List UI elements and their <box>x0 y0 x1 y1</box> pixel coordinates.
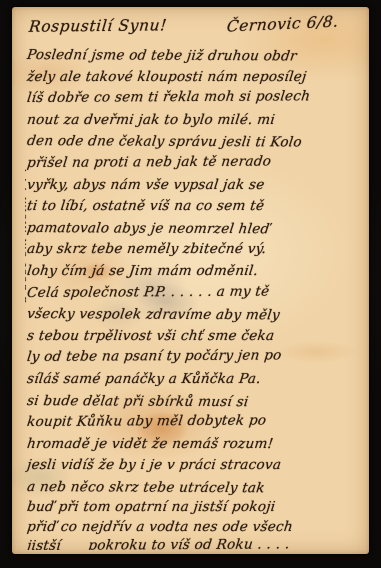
letter-line: lohy čím já se Jim mám odměnil. <box>26 261 364 283</box>
letter-line: s tebou trpělivost vši chť sme čeka <box>26 326 364 348</box>
postcard: Rospustilí Synu! Černovic 6/8. Poslední … <box>12 7 369 554</box>
letter-line: a neb něco skrz tebe utrácely tak <box>26 477 364 500</box>
letter: Rospustilí Synu! Černovic 6/8. Poslední … <box>25 13 364 550</box>
letter-line: nout za dveřmi jak to bylo milé. mi <box>26 110 364 132</box>
letter-line: Celá společnost P.P. . . . . . a my tě <box>26 280 364 304</box>
letter-line: pamatovalo abys je neomrzel hleď <box>26 218 364 241</box>
letter-line: jistší pokroku to víš od Roku . . . . <box>26 535 364 550</box>
letter-line: koupit Kůňku aby měl dobytek po <box>26 410 364 434</box>
letter-line: aby skrz tebe neměly zbitečné vý. <box>26 239 364 261</box>
letter-line: přišel na proti a neb jak tě nerado <box>26 151 364 175</box>
letter-line: jesli vidíš že by i je v práci stracova <box>26 455 364 477</box>
dateline: Černovic 6/8. <box>225 13 339 36</box>
letter-line: žely ale takové klouposti nám neposílej <box>26 67 364 89</box>
letter-line: ti to líbí, ostatně víš na co sem tě <box>26 196 364 218</box>
letter-line: hromadě je vidět že nemáš rozum! <box>26 434 364 456</box>
letter-body: Poslední jsme od tebe již druhou obdržel… <box>27 45 364 550</box>
heading-row: Rospustilí Synu! Černovic 6/8. <box>25 13 364 36</box>
letter-line: buď při tom opatrní na jistší pokoji <box>26 498 364 518</box>
letter-line: síláš samé panáčky a Kůňčka Pa. <box>26 369 364 391</box>
margin-note: a dost em ničím . . . <box>25 41 29 303</box>
letter-line: Poslední jsme od tebe již druhou obdr <box>26 45 364 68</box>
letter-line: ly od tebe na psaní ty počáry jen po <box>26 345 364 369</box>
letter-line: líš dobře co sem ti řekla moh si poslech <box>26 86 364 110</box>
letter-line: všecky vespolek zdravíme aby měly <box>26 304 364 327</box>
salutation: Rospustilí Synu! <box>28 16 168 35</box>
letter-line: vyřky, abys nám vše vypsal jak se <box>26 175 364 197</box>
